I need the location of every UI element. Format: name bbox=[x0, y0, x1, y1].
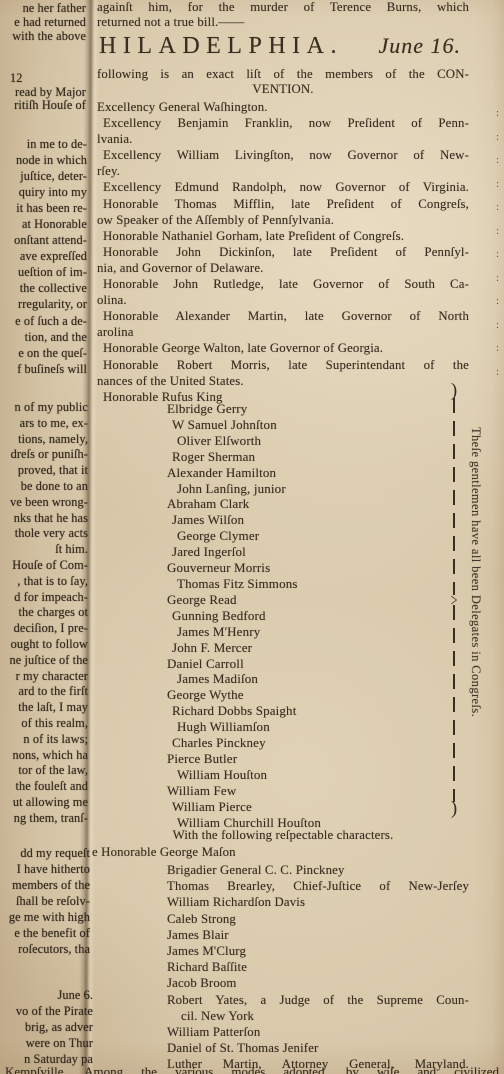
masthead-city: HILADELPHIA. bbox=[99, 33, 343, 60]
text-line: r my character bbox=[0, 669, 88, 685]
text-line: in me to de- bbox=[0, 136, 87, 152]
dignitary-line: nances of the United States. bbox=[97, 373, 469, 389]
text-line: node in which bbox=[0, 152, 87, 168]
text-line: ge me with high bbox=[0, 909, 90, 925]
text-line: proved, that it bbox=[0, 463, 88, 479]
text-line: d for impeach- bbox=[0, 590, 88, 606]
text-line: ueſtion of im- bbox=[0, 264, 87, 280]
left-column-fragment-2: n of my publicars to me, ex-tions, namel… bbox=[0, 400, 88, 827]
mason-line: e Honorable George Maſon bbox=[92, 845, 464, 860]
text-line: ſhall be reſolv- bbox=[0, 893, 90, 909]
delegate-name: Jared Ingerſol bbox=[97, 544, 469, 560]
text-line: nons, which ha bbox=[0, 748, 88, 764]
brace-mid-point: > bbox=[451, 593, 458, 608]
text-line: it has been re- bbox=[0, 200, 87, 216]
text-line: ng them, tranſ- bbox=[0, 811, 88, 827]
text-line: ne her father bbox=[0, 1, 86, 15]
text-line: juſtice, deter- bbox=[0, 168, 87, 184]
delegate-name: James M'Henry bbox=[97, 624, 469, 640]
dignitary-line: olina. bbox=[97, 292, 469, 308]
delegates-brace: ) > ) bbox=[446, 384, 462, 816]
text-line: dd my requeſt bbox=[0, 845, 90, 861]
dignitary-line: ow Speaker of the Aſſembly of Pennſylvan… bbox=[97, 212, 469, 228]
character-name: Robert Yates, a Judge of the Supreme Cou… bbox=[97, 992, 469, 1008]
delegate-name: George Wythe bbox=[97, 687, 469, 703]
text-line: ut allowing me bbox=[0, 795, 88, 811]
respectable-characters-list: Brigadier General C. C. PinckneyThomas B… bbox=[97, 861, 469, 1073]
text-line: ritiſh Houſe of bbox=[0, 99, 86, 113]
brace-dashes-upper bbox=[453, 398, 455, 595]
masthead-date: June 16. bbox=[378, 33, 461, 59]
character-name: William Richardſon Davis bbox=[97, 894, 469, 910]
character-name: James Blair bbox=[97, 927, 469, 943]
text-line: of this realm, bbox=[0, 716, 88, 732]
text-line: e the benefit of bbox=[0, 925, 90, 941]
interlude-line: With the following reſpectable character… bbox=[97, 828, 469, 843]
delegate-name: Daniel Carroll bbox=[97, 656, 469, 672]
left-column-fragment-3: dd my requeſtI have hithertomembers of t… bbox=[0, 845, 90, 957]
character-name: Thomas Brearley, Chief-Juſtice of New-Je… bbox=[97, 878, 469, 894]
character-name: Brigadier General C. C. Pinckney bbox=[97, 862, 469, 878]
dignitary-line: Excellency William Livingſton, now Gover… bbox=[97, 147, 469, 163]
text-line: at Honorable bbox=[0, 216, 87, 232]
delegate-name: Pierce Butler bbox=[97, 751, 469, 767]
dignitary-line: Excellency Benjamin Franklin, now Preſid… bbox=[97, 115, 469, 131]
character-name: Daniel of St. Thomas Jenifer bbox=[97, 1040, 469, 1056]
intro-paragraph: againſt him, for the murder of Terence B… bbox=[97, 0, 469, 29]
text-line: I have hitherto bbox=[0, 861, 90, 877]
text-line: thole very acts bbox=[0, 526, 88, 542]
text-line: quiry into my bbox=[0, 184, 87, 200]
text-line: n of its laws; bbox=[0, 732, 88, 748]
text-line: , that is to ſay, bbox=[0, 574, 88, 590]
character-name: Jacob Broom bbox=[97, 975, 469, 991]
dignitary-line: arolina bbox=[97, 324, 469, 340]
delegate-name: Oliver Elſworth bbox=[97, 433, 469, 449]
text-line: with the above bbox=[0, 29, 86, 43]
text-line: ave expreſſed bbox=[0, 248, 87, 264]
text-line: the fouleſt and bbox=[0, 779, 88, 795]
text-line: the charges ot bbox=[0, 605, 88, 621]
delegate-name: Hugh Williamſon bbox=[97, 719, 469, 735]
text-line: e of ſuch a de- bbox=[0, 313, 87, 329]
character-name: William Patterſon bbox=[97, 1024, 469, 1040]
text-line: onſtant attend- bbox=[0, 232, 87, 248]
dignitary-line: Honorable John Rutledge, late Governor o… bbox=[97, 276, 469, 292]
delegate-name: Gouverneur Morris bbox=[97, 560, 469, 576]
text-line: following is an exact liſt of the member… bbox=[97, 67, 469, 82]
text-line: Houſe of Com- bbox=[0, 558, 88, 574]
character-name: cil. New York bbox=[97, 1008, 469, 1024]
text-line: brig, as adver bbox=[0, 1020, 93, 1036]
text-line: ve been wrong- bbox=[0, 495, 88, 511]
dignitary-line: Honorable George Walton, late Governor o… bbox=[97, 340, 469, 356]
delegate-name: James Madiſon bbox=[97, 671, 469, 687]
text-line: the laſt, I may bbox=[0, 700, 88, 716]
brace-top-cap: ) bbox=[451, 384, 457, 398]
masthead: HILADELPHIA. June 16. bbox=[99, 33, 461, 60]
left-column-fragment-1: in me to de-node in whichjuſtice, deter-… bbox=[0, 136, 87, 377]
text-line: rregularity, or bbox=[0, 296, 87, 312]
delegate-name: Roger Sherman bbox=[97, 449, 469, 465]
delegate-name: Alexander Hamilton bbox=[97, 465, 469, 481]
text-line: members of the bbox=[0, 877, 90, 893]
text-line: nks that he has bbox=[0, 511, 88, 527]
text-line: be done to an bbox=[0, 479, 88, 495]
text-line: e on the queſ- bbox=[0, 345, 87, 361]
text-line: ſt him. bbox=[0, 542, 88, 558]
dignitary-line: Excellency Edmund Randolph, now Governor… bbox=[97, 179, 469, 195]
text-line: tion, and the bbox=[0, 329, 87, 345]
rotated-margin-annotation: Theſe gentlemen have all been Delegates … bbox=[463, 427, 483, 767]
bottom-cropped-line: Kempſville. Among the various modes adop… bbox=[5, 1064, 499, 1074]
text-line: dreſs or puniſh- bbox=[0, 447, 88, 463]
text-line: ard to the firſt bbox=[0, 684, 88, 700]
dignitary-line: nia, and Governor of Delaware. bbox=[97, 260, 469, 276]
text-line: deciſion, I pre- bbox=[0, 621, 88, 637]
text-line: roſecutors, tha bbox=[0, 941, 90, 957]
character-name: James M'Clurg bbox=[97, 943, 469, 959]
dignitary-line: Honorable Robert Morris, late Superinten… bbox=[97, 357, 469, 373]
convention-preamble: following is an exact liſt of the member… bbox=[97, 67, 469, 96]
dignitary-line: Honorable John Dickinſon, late Preſident… bbox=[97, 244, 469, 260]
text-line: ought to follow bbox=[0, 637, 88, 653]
left-column-fragment-june6: June 6.vo of the Piratebrig, as adverwer… bbox=[0, 988, 95, 1068]
text-line: tions, namely, bbox=[0, 432, 88, 448]
delegate-name: Elbridge Gerry bbox=[97, 401, 469, 417]
delegate-name: William Pierce bbox=[97, 799, 469, 815]
delegate-name: Richard Dobbs Spaight bbox=[97, 703, 469, 719]
delegate-name: William Few bbox=[97, 783, 469, 799]
text-line: tor of the law, bbox=[0, 763, 88, 779]
delegate-name: George Read bbox=[97, 592, 469, 608]
left-column-fragment-pagenum: 12read by Majorritiſh Houſe of bbox=[0, 72, 86, 113]
delegate-name: W Samuel Johnſton bbox=[97, 417, 469, 433]
text-line: read by Major bbox=[0, 86, 86, 100]
text-line: were on Thur bbox=[0, 1036, 93, 1052]
brace-dashes-lower bbox=[453, 605, 455, 802]
brace-bottom-cap: ) bbox=[451, 802, 457, 816]
delegate-name: James Wilſon bbox=[97, 512, 469, 528]
left-column-fragment-top: ne her fathere had returnedwith the abov… bbox=[0, 1, 86, 43]
delegate-name: Charles Pinckney bbox=[97, 735, 469, 751]
right-edge-cut-marks: : : : : : : : : : : : : bbox=[496, 102, 504, 384]
dignitary-line: rſey. bbox=[97, 163, 469, 179]
text-line: f buſineſs will bbox=[0, 361, 87, 377]
delegate-name: Thomas Fitz Simmons bbox=[97, 576, 469, 592]
delegate-name: Gunning Bedford bbox=[97, 608, 469, 624]
text-line: June 6. bbox=[0, 988, 93, 1004]
delegates-list: Elbridge GerryW Samuel JohnſtonOliver El… bbox=[97, 401, 469, 830]
delegate-name: William Houſton bbox=[97, 767, 469, 783]
text-line: againſt him, for the murder of Terence B… bbox=[97, 0, 469, 15]
dignitary-line: Honorable Nathaniel Gorham, late Preſide… bbox=[97, 228, 469, 244]
text-line: ne juſtice of the bbox=[0, 653, 88, 669]
delegate-name: John F. Mercer bbox=[97, 640, 469, 656]
delegate-name: John Lanſing, junior bbox=[97, 481, 469, 497]
dignitary-line: Excellency General Waſhington. bbox=[97, 99, 469, 115]
text-line: n of my public bbox=[0, 400, 88, 416]
dignitary-line: Honorable Thomas Mifflin, late Preſident… bbox=[97, 196, 469, 212]
character-name: Richard Baſſite bbox=[97, 959, 469, 975]
character-name: Caleb Strong bbox=[97, 911, 469, 927]
delegate-name: Abraham Clark bbox=[97, 496, 469, 512]
text-line: 12 bbox=[0, 72, 86, 86]
dignitary-line: Honorable Alexander Martin, late Governo… bbox=[97, 308, 469, 324]
text-line: VENTION. bbox=[97, 82, 469, 97]
newspaper-page: ne her fathere had returnedwith the abov… bbox=[0, 0, 504, 1074]
text-line: e had returned bbox=[0, 15, 86, 29]
dignitaries-list: Excellency General Waſhington.Excellency… bbox=[97, 98, 469, 405]
text-line: returned not a true bill.—— bbox=[97, 15, 469, 30]
text-line: vo of the Pirate bbox=[0, 1004, 93, 1020]
text-line: the collective bbox=[0, 280, 87, 296]
dignitary-line: lvania. bbox=[97, 131, 469, 147]
delegate-name: George Clymer bbox=[97, 528, 469, 544]
text-line: ars to me, ex- bbox=[0, 416, 88, 432]
